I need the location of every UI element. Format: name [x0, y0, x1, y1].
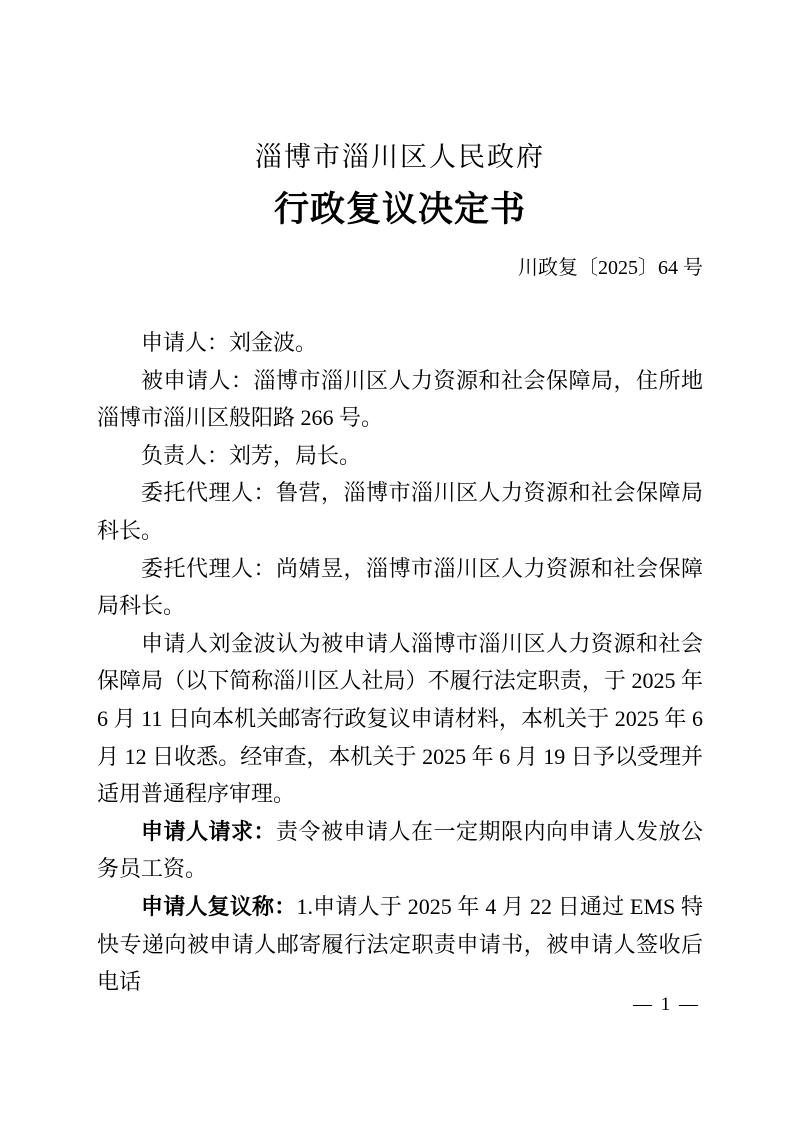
paragraph-case-intro: 申请人刘金波认为被申请人淄博市淄川区人力资源和社会保障局（以下简称淄川区人社局）…: [97, 625, 703, 813]
paragraph-applicant-statement: 申请人复议称：1.申请人于 2025 年 4 月 22 日通过 EMS 特快专递…: [97, 888, 703, 1001]
document-title: 行政复议决定书: [97, 189, 703, 231]
paragraph-person-in-charge: 负责人：刘芳，局长。: [97, 437, 703, 475]
document-number: 川政复〔2025〕64 号: [97, 256, 703, 280]
paragraph-applicant-request: 申请人请求：责令被申请人在一定期限内向申请人发放公务员工资。: [97, 813, 703, 888]
document-page: 淄博市淄川区人民政府 行政复议决定书 川政复〔2025〕64 号 申请人：刘金波…: [0, 0, 794, 1123]
paragraph-text: 负责人：刘芳，局长。: [141, 443, 361, 468]
document-body: 申请人：刘金波。 被申请人：淄博市淄川区人力资源和社会保障局，住所地淄博市淄川区…: [97, 324, 703, 1001]
paragraph-lead: 申请人请求：: [141, 819, 276, 844]
paragraph-text: 委托代理人：鲁营，淄博市淄川区人力资源和社会保障局科长。: [97, 480, 703, 543]
document-content: 淄博市淄川区人民政府 行政复议决定书 川政复〔2025〕64 号 申请人：刘金波…: [97, 0, 703, 1001]
paragraph-agent-2: 委托代理人：尚婧昱，淄博市淄川区人力资源和社会保障局科长。: [97, 550, 703, 625]
paragraph-text: 被申请人：淄博市淄川区人力资源和社会保障局，住所地淄博市淄川区般阳路 266 号…: [97, 368, 703, 431]
paragraph-respondent: 被申请人：淄博市淄川区人力资源和社会保障局，住所地淄博市淄川区般阳路 266 号…: [97, 362, 703, 437]
paragraph-applicant: 申请人：刘金波。: [97, 324, 703, 362]
paragraph-text: 委托代理人：尚婧昱，淄博市淄川区人力资源和社会保障局科长。: [97, 556, 703, 619]
paragraph-text: 申请人刘金波认为被申请人淄博市淄川区人力资源和社会保障局（以下简称淄川区人社局）…: [97, 631, 703, 806]
organization-title: 淄博市淄川区人民政府: [97, 141, 703, 173]
paragraph-lead: 申请人复议称：: [141, 894, 296, 919]
page-number: — 1 —: [633, 994, 700, 1016]
paragraph-text: 申请人：刘金波。: [141, 330, 317, 355]
paragraph-agent-1: 委托代理人：鲁营，淄博市淄川区人力资源和社会保障局科长。: [97, 474, 703, 549]
